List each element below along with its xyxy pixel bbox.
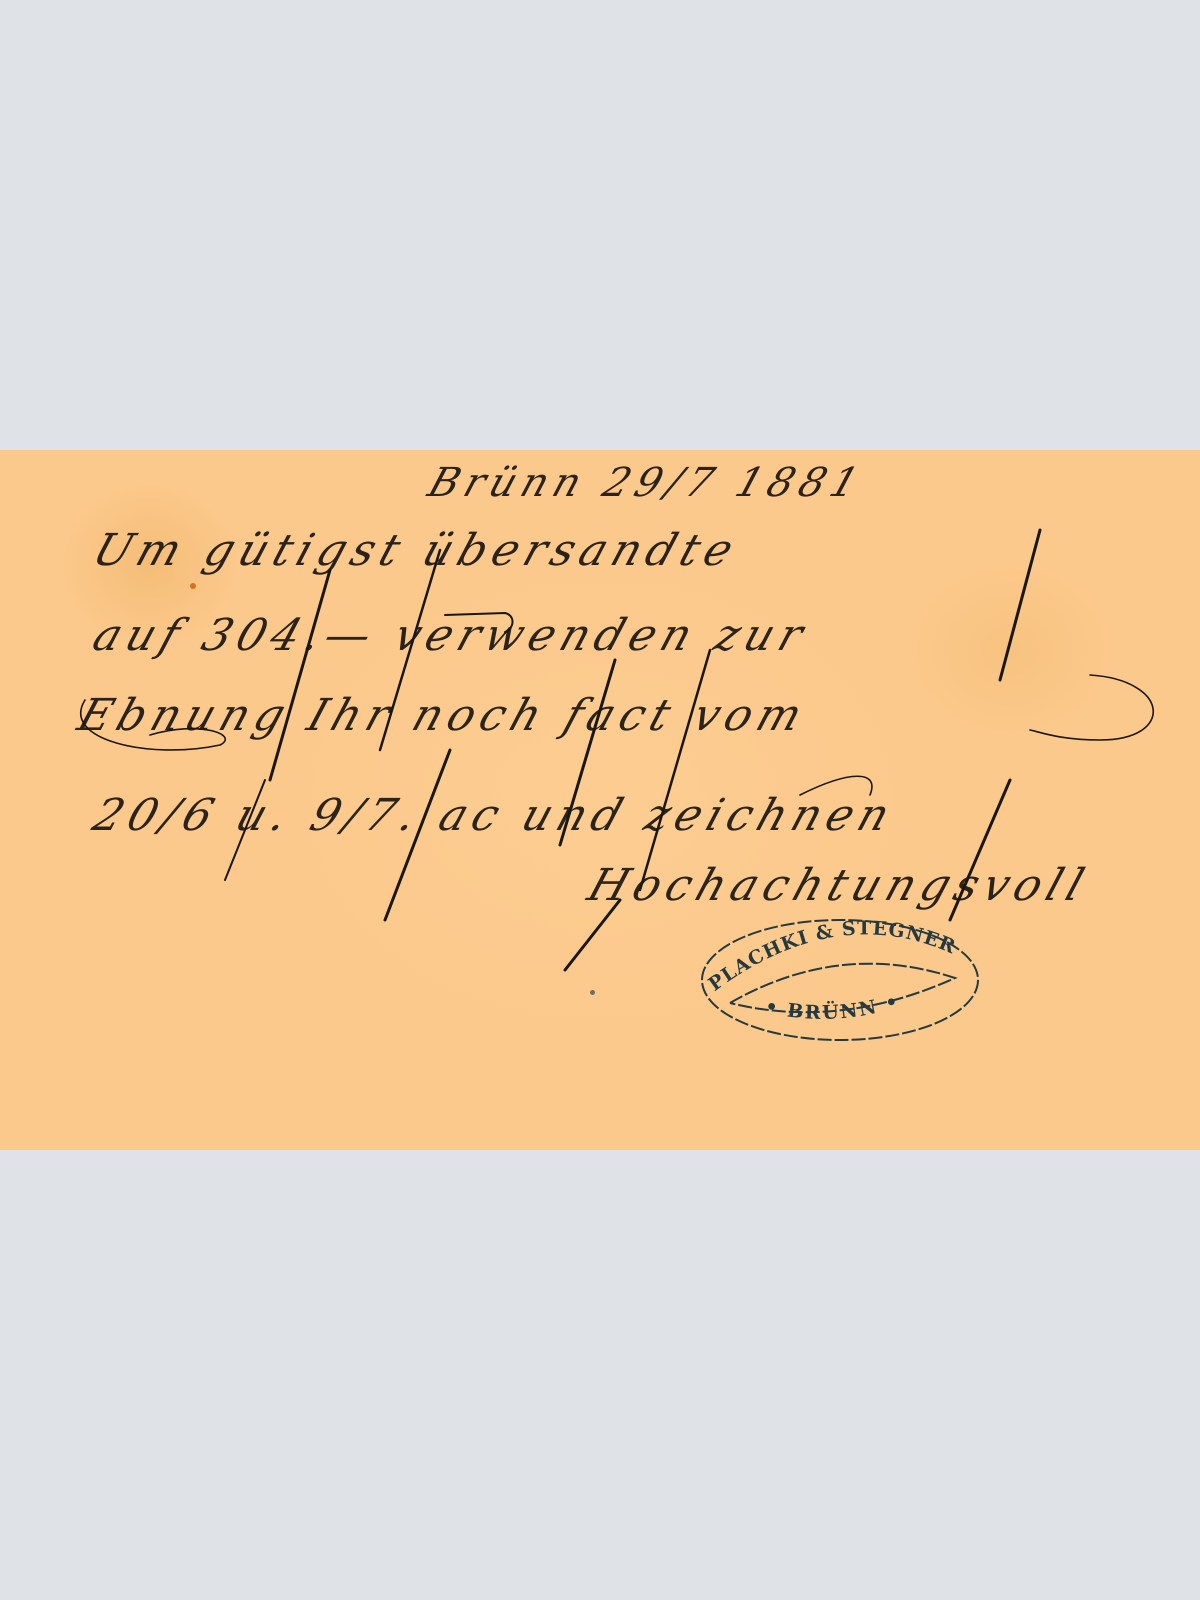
handwritten-line: Ebnung Ihr noch fact vom [72,690,814,741]
svg-text:PLACHKI & STEGNER: PLACHKI & STEGNER [704,917,959,995]
ink-spot [590,990,595,995]
handwritten-line: auf 304.— verwenden zur [87,610,815,661]
handwritten-line: Um gütigst übersandte [87,525,746,576]
handwritten-line: 20/6 u. 9/7. ac und zeichnen [87,790,902,841]
company-stamp: PLACHKI & STEGNER • BRÜNN • [690,900,990,1050]
svg-text:• BRÜNN •: • BRÜNN • [763,990,902,1024]
place-date-line: Brünn 29/7 1881 [423,460,871,506]
stamp-bottom-text: • BRÜNN • [763,990,902,1024]
postcard: Brünn 29/7 1881 Um gütigst übersandte au… [0,450,1200,1150]
ink-spot [190,583,196,589]
stamp-top-text: PLACHKI & STEGNER [704,917,959,995]
